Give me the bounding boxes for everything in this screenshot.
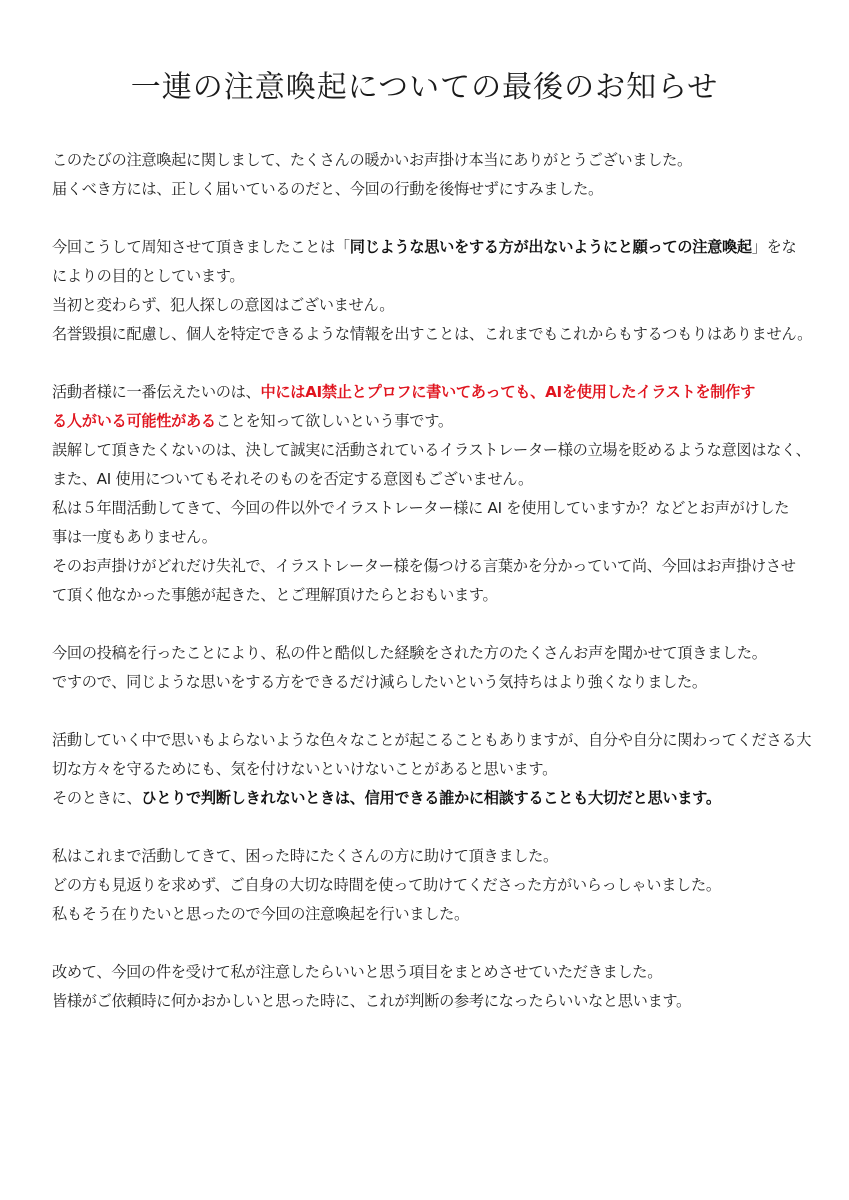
- text-segment: 事は一度もありません。: [52, 528, 217, 546]
- text-line: 切な方々を守るためにも、気を付けないといけないことがあると思います。: [52, 755, 812, 784]
- text-line: 改めて、今回の件を受けて私が注意したらいいと思う項目をまとめさせていただきました…: [52, 958, 812, 987]
- text-segment: 当初と変わらず、犯人探しの意図はございません。: [52, 296, 394, 314]
- text-line: る人がいる可能性があることを知って欲しいという事です。: [52, 407, 812, 436]
- text-segment: によりの目的としています。: [52, 267, 244, 285]
- text-line: そのお声掛けがどれだけ失礼で、イラストレーター様を傷つける言葉かを分かっていて尚…: [52, 552, 812, 581]
- text-segment: 名誉毀損に配慮し、個人を特定できるような情報を出すことは、これまでもこれからもす…: [52, 325, 812, 343]
- text-line: て頂く他なかった事態が起きた、とご理解頂けたらとおもいます。: [52, 581, 812, 610]
- text-segment: 切な方々を守るためにも、気を付けないといけないことがあると思います。: [52, 760, 557, 778]
- text-line: 私もそう在りたいと思ったので今回の注意喚起を行いました。: [52, 900, 812, 929]
- text-line: 今回こうして周知させて頂きましたことは「同じような思いをする方が出ないようにと願…: [52, 233, 812, 262]
- text-segment: そのときに、: [52, 789, 141, 807]
- text-segment: ことを知って欲しいという事です。: [216, 412, 453, 430]
- text-line: 誤解して頂きたくないのは、決して誠実に活動されているイラストレーター様の立場を貶…: [52, 436, 812, 465]
- text-segment: 今回こうして周知させて頂きましたことは「: [52, 238, 350, 256]
- text-segment: 」をな: [752, 238, 797, 256]
- text-line: 当初と変わらず、犯人探しの意図はございません。: [52, 291, 812, 320]
- text-line: ですので、同じような思いをする方をできるだけ減らしたいという気持ちはより強くなり…: [52, 668, 812, 697]
- text-segment: 誤解して頂きたくないのは、決して誠実に活動されているイラストレーター様の立場を貶…: [52, 441, 811, 459]
- text-segment: 改めて、今回の件を受けて私が注意したらいいと思う項目をまとめさせていただきました…: [52, 963, 662, 981]
- text-segment: ですので、同じような思いをする方をできるだけ減らしたいという気持ちはより強くなり…: [52, 673, 707, 691]
- text-line: 皆様がご依頼時に何かおかしいと思った時に、これが判断の参考になったらいいなと思い…: [52, 987, 812, 1016]
- red-emphasis-text: 中にはAI禁止とプロフに書いてあっても、AIを使用したイラストを制作す: [260, 383, 755, 401]
- text-segment: そのお声掛けがどれだけ失礼で、イラストレーター様を傷つける言葉かを分かっていて尚…: [52, 557, 796, 575]
- paragraph: 活動者様に一番伝えたいのは、中にはAI禁止とプロフに書いてあっても、AIを使用し…: [52, 378, 812, 610]
- document-title: 一連の注意喚起についての最後のお知らせ: [0, 62, 849, 106]
- text-segment: また、AI 使用についてもそれそのものを否定する意図もございません。: [52, 470, 533, 488]
- text-line: 今回の投稿を行ったことにより、私の件と酷似した経験をされた方のたくさんお声を聞か…: [52, 639, 812, 668]
- text-line: によりの目的としています。: [52, 262, 812, 291]
- text-line: 届くべき方には、正しく届いているのだと、今回の行動を後悔せずにすみました。: [52, 175, 812, 204]
- text-line: どの方も見返りを求めず、ご自身の大切な時間を使って助けてくださった方がいらっしゃ…: [52, 871, 812, 900]
- paragraph: 活動していく中で思いもよらないような色々なことが起こることもありますが、自分や自…: [52, 726, 812, 813]
- text-line: このたびの注意喚起に関しまして、たくさんの暖かいお声掛け本当にありがとうございま…: [52, 146, 812, 175]
- text-segment: 届くべき方には、正しく届いているのだと、今回の行動を後悔せずにすみました。: [52, 180, 603, 198]
- text-line: 名誉毀損に配慮し、個人を特定できるような情報を出すことは、これまでもこれからもす…: [52, 320, 812, 349]
- text-line: 活動していく中で思いもよらないような色々なことが起こることもありますが、自分や自…: [52, 726, 812, 755]
- paragraph: このたびの注意喚起に関しまして、たくさんの暖かいお声掛け本当にありがとうございま…: [52, 146, 812, 204]
- text-segment: 私もそう在りたいと思ったので今回の注意喚起を行いました。: [52, 905, 469, 923]
- text-segment: このたびの注意喚起に関しまして、たくさんの暖かいお声掛け本当にありがとうございま…: [52, 151, 692, 169]
- text-line: 活動者様に一番伝えたいのは、中にはAI禁止とプロフに書いてあっても、AIを使用し…: [52, 378, 812, 407]
- text-segment: 皆様がご依頼時に何かおかしいと思った時に、これが判断の参考になったらいいなと思い…: [52, 992, 691, 1010]
- document-body: このたびの注意喚起に関しまして、たくさんの暖かいお声掛け本当にありがとうございま…: [52, 146, 812, 1045]
- paragraph: 今回の投稿を行ったことにより、私の件と酷似した経験をされた方のたくさんお声を聞か…: [52, 639, 812, 697]
- text-segment: 活動していく中で思いもよらないような色々なことが起こることもありますが、自分や自…: [52, 731, 811, 749]
- bold-text: 同じような思いをする方が出ないようにと願っての注意喚起: [350, 238, 752, 256]
- text-line: そのときに、ひとりで判断しきれないときは、信用できる誰かに相談することも大切だと…: [52, 784, 812, 813]
- text-segment: 私はこれまで活動してきて、困った時にたくさんの方に助けて頂きました。: [52, 847, 558, 865]
- text-segment: て頂く他なかった事態が起きた、とご理解頂けたらとおもいます。: [52, 586, 497, 604]
- bold-text: ひとりで判断しきれないときは、信用できる誰かに相談することも大切だと思います。: [141, 789, 720, 807]
- paragraph: 今回こうして周知させて頂きましたことは「同じような思いをする方が出ないようにと願…: [52, 233, 812, 349]
- text-line: 事は一度もありません。: [52, 523, 812, 552]
- paragraph: 改めて、今回の件を受けて私が注意したらいいと思う項目をまとめさせていただきました…: [52, 958, 812, 1016]
- text-line: 私は５年間活動してきて、今回の件以外でイラストレーター様に AI を使用していま…: [52, 494, 812, 523]
- red-emphasis-text: る人がいる可能性がある: [52, 412, 216, 430]
- text-segment: 活動者様に一番伝えたいのは、: [52, 383, 260, 401]
- text-line: また、AI 使用についてもそれそのものを否定する意図もございません。: [52, 465, 812, 494]
- paragraph: 私はこれまで活動してきて、困った時にたくさんの方に助けて頂きました。どの方も見返…: [52, 842, 812, 929]
- text-segment: 私は５年間活動してきて、今回の件以外でイラストレーター様に AI を使用していま…: [52, 499, 789, 517]
- text-segment: 今回の投稿を行ったことにより、私の件と酷似した経験をされた方のたくさんお声を聞か…: [52, 644, 767, 662]
- text-segment: どの方も見返りを求めず、ご自身の大切な時間を使って助けてくださった方がいらっしゃ…: [52, 876, 721, 894]
- text-line: 私はこれまで活動してきて、困った時にたくさんの方に助けて頂きました。: [52, 842, 812, 871]
